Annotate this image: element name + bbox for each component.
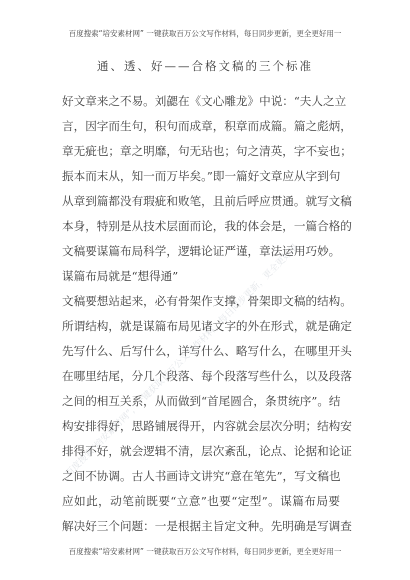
body-line: 排得不好，就会逻辑不清，层次紊乱，论点、论据和论证 — [62, 439, 340, 464]
body-line: 好文章来之不易。刘勰在《文心雕龙》中说：“夫人之立 — [62, 89, 340, 114]
body-line: 在哪里结尾，分几个段落、每个段落写些什么，以及段落 — [62, 364, 340, 389]
body-line: 之间的相互关系，从而做到“首尾圆合，条贯统序”。结 — [62, 389, 340, 414]
footer-banner: 百度搜索“培安素材网” 一键获取百万公文写作材料，每日同步更新，更全更好用一 — [0, 546, 410, 557]
document-body: 好文章来之不易。刘勰在《文心雕龙》中说：“夫人之立 言，因字而生句，积句而成章，… — [62, 89, 340, 539]
body-line: 先写什么、后写什么，详写什么、略写什么，在哪里开头 — [62, 339, 340, 364]
section-heading: 谋篇布局就是“想得通” — [62, 264, 340, 289]
body-line: 之间不协调。古人书画诗文讲究“意在笔先”，写文稿也 — [62, 464, 340, 489]
body-line: 文稿要谋篇布局科学，逻辑论证严谨，章法运用巧妙。 — [62, 239, 340, 264]
body-line: 应如此，动笔前既要“立意”也要“定型”。谋篇布局要 — [62, 489, 340, 514]
body-line: 振本而末从，知一而万毕矣。”即一篇好文章应从字到句 — [62, 164, 340, 189]
body-line: 从章到篇都没有瑕疵和败笔，且前后呼应贯通。就写文稿 — [62, 189, 340, 214]
body-line: 章无疵也；章之明靡，句无玷也；句之清英，字不妄也； — [62, 139, 340, 164]
body-line: 所谓结构，就是谋篇布局见诸文字的外在形式，就是确定 — [62, 314, 340, 339]
document-title: 通、透、好——合格文稿的三个标准 — [0, 58, 410, 74]
body-line: 本身，特别是从技术层面而论，我的体会是，一篇合格的 — [62, 214, 340, 239]
header-banner: 百度搜索“培安素材网” 一键获取百万公文写作材料，每日同步更新，更全更好用一 — [0, 28, 410, 39]
body-line: 构安排得好，思路铺展得开，内容就会层次分明；结构安 — [62, 414, 340, 439]
body-line: 文稿要想站起来，必有骨架作支撑，骨架即文稿的结构。 — [62, 289, 340, 314]
body-line: 解决好三个问题：一是根据主旨定文种。先明确是写调查 — [62, 514, 340, 539]
body-line: 言，因字而生句，积句而成章，积章而成篇。篇之彪炳， — [62, 114, 340, 139]
